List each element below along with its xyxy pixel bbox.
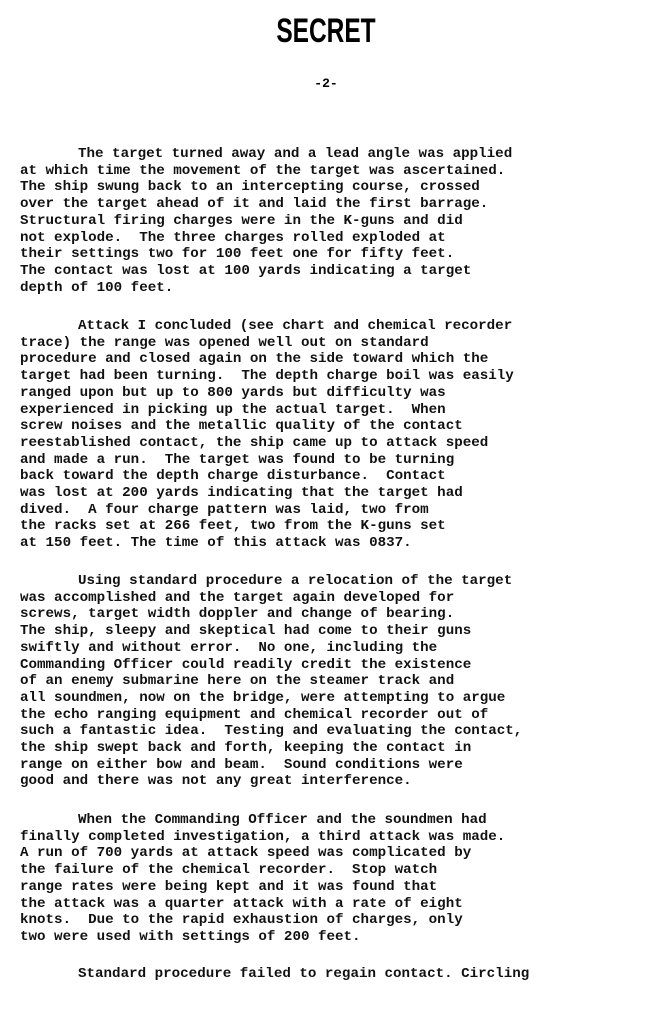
text-line: When the Commanding Officer and the soun…: [20, 812, 505, 829]
text-line: trace) the range was opened well out on …: [20, 335, 514, 352]
text-line: Attack I concluded (see chart and chemic…: [20, 318, 514, 335]
text-line: Standard procedure failed to regain cont…: [20, 966, 529, 983]
text-line: experienced in picking up the actual tar…: [20, 402, 514, 419]
text-line: procedure and closed again on the side t…: [20, 351, 514, 368]
text-line: the racks set at 266 feet, two from the …: [20, 518, 514, 535]
text-line: The ship, sleepy and skeptical had come …: [20, 623, 522, 640]
text-line: The ship swung back to an intercepting c…: [20, 179, 512, 196]
text-line: over the target ahead of it and laid the…: [20, 196, 512, 213]
text-line: was lost at 200 yards indicating that th…: [20, 485, 514, 502]
text-line: not explode. The three charges rolled ex…: [20, 230, 512, 247]
text-line: swiftly and without error. No one, inclu…: [20, 640, 522, 657]
text-line: such a fantastic idea. Testing and evalu…: [20, 723, 522, 740]
text-line: range on either bow and beam. Sound cond…: [20, 757, 522, 774]
text-line: screws, target width doppler and change …: [20, 606, 522, 623]
paragraph-4: When the Commanding Officer and the soun…: [20, 812, 505, 946]
text-line: good and there was not any great interfe…: [20, 773, 522, 790]
text-line: knots. Due to the rapid exhaustion of ch…: [20, 912, 505, 929]
classification-marking: SECRET: [91, 12, 560, 51]
text-line: dived. A four charge pattern was laid, t…: [20, 502, 514, 519]
text-line: was accomplished and the target again de…: [20, 590, 522, 607]
text-line: Commanding Officer could readily credit …: [20, 657, 522, 674]
text-line: the failure of the chemical recorder. St…: [20, 862, 505, 879]
text-line: at which time the movement of the target…: [20, 163, 512, 180]
text-line: A run of 700 yards at attack speed was c…: [20, 845, 505, 862]
document-page: SECRET -2- The target turned away and a …: [0, 0, 652, 1016]
text-line: back toward the depth charge disturbance…: [20, 468, 514, 485]
paragraph-3: Using standard procedure a relocation of…: [20, 573, 522, 790]
text-line: range rates were being kept and it was f…: [20, 879, 505, 896]
text-line: and made a run. The target was found to …: [20, 452, 514, 469]
text-line: Using standard procedure a relocation of…: [20, 573, 522, 590]
text-line: all soundmen, now on the bridge, were at…: [20, 690, 522, 707]
text-line: at 150 feet. The time of this attack was…: [20, 535, 514, 552]
text-line: depth of 100 feet.: [20, 280, 512, 297]
paragraph-5: Standard procedure failed to regain cont…: [20, 966, 529, 983]
text-line: the ship swept back and forth, keeping t…: [20, 740, 522, 757]
text-line: two were used with settings of 200 feet.: [20, 929, 505, 946]
text-line: the echo ranging equipment and chemical …: [20, 707, 522, 724]
text-line: target had been turning. The depth charg…: [20, 368, 514, 385]
text-line: reestablished contact, the ship came up …: [20, 435, 514, 452]
text-line: of an enemy submarine here on the steame…: [20, 673, 522, 690]
page-number: -2-: [0, 76, 652, 91]
text-line: their settings two for 100 feet one for …: [20, 246, 512, 263]
text-line: screw noises and the metallic quality of…: [20, 418, 514, 435]
text-line: The target turned away and a lead angle …: [20, 146, 512, 163]
paragraph-1: The target turned away and a lead angle …: [20, 146, 512, 296]
text-line: The contact was lost at 100 yards indica…: [20, 263, 512, 280]
paragraph-2: Attack I concluded (see chart and chemic…: [20, 318, 514, 552]
text-line: Structural firing charges were in the K-…: [20, 213, 512, 230]
text-line: the attack was a quarter attack with a r…: [20, 896, 505, 913]
text-line: ranged upon but up to 800 yards but diff…: [20, 385, 514, 402]
text-line: finally completed investigation, a third…: [20, 829, 505, 846]
